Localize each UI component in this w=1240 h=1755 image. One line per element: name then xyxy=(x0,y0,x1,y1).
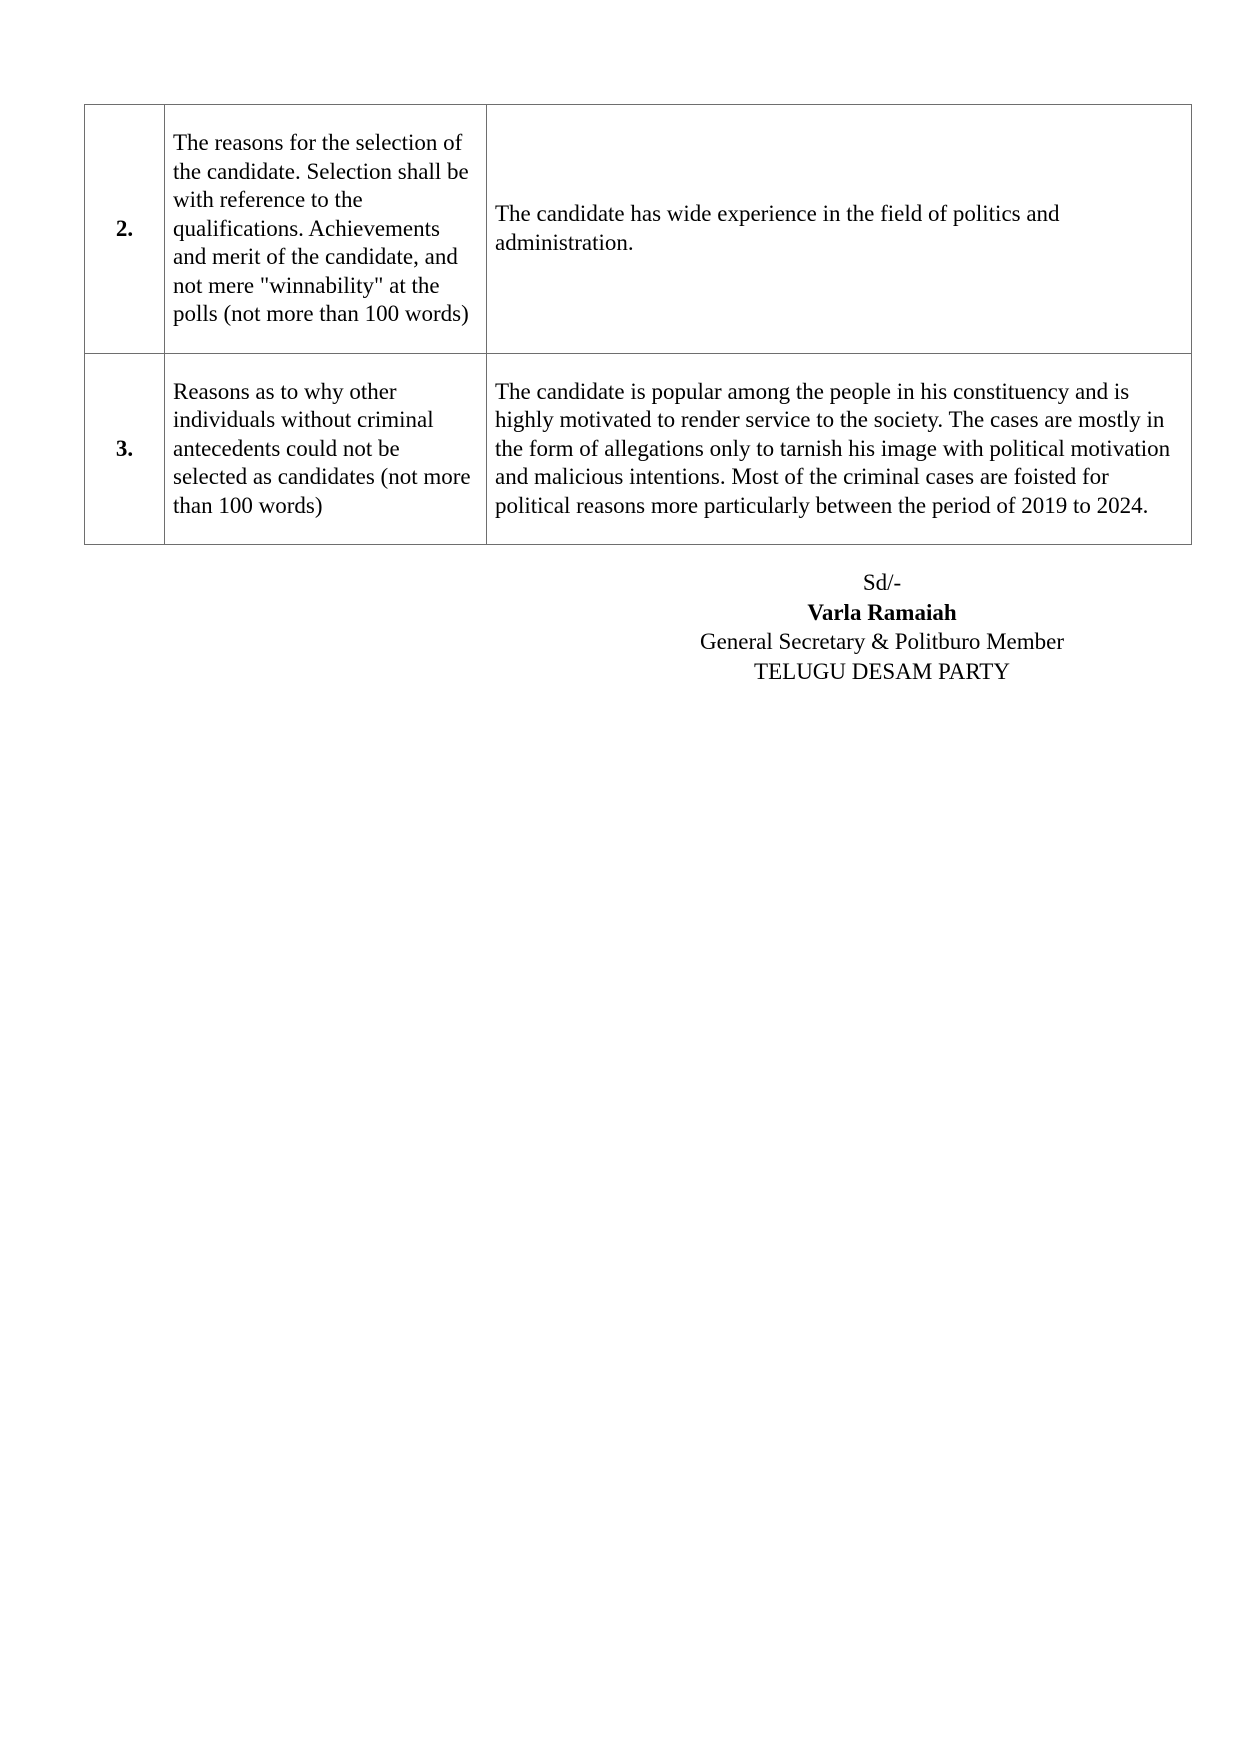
row-question: Reasons as to why other individuals with… xyxy=(165,354,487,545)
row-question: The reasons for the selection of the can… xyxy=(165,105,487,354)
row-number: 3. xyxy=(85,354,165,545)
signatory-organization: TELUGU DESAM PARTY xyxy=(600,657,1164,687)
table-row: 2. The reasons for the selection of the … xyxy=(85,105,1192,354)
signatory-designation: General Secretary & Politburo Member xyxy=(600,627,1164,657)
signature-block: Sd/- Varla Ramaiah General Secretary & P… xyxy=(600,568,1164,686)
row-answer: The candidate has wide experience in the… xyxy=(487,105,1192,354)
row-number: 2. xyxy=(85,105,165,354)
table-row: 3. Reasons as to why other individuals w… xyxy=(85,354,1192,545)
signature-mark: Sd/- xyxy=(600,568,1164,598)
row-answer: The candidate is popular among the peopl… xyxy=(487,354,1192,545)
candidate-selection-table: 2. The reasons for the selection of the … xyxy=(84,104,1192,545)
signatory-name: Varla Ramaiah xyxy=(600,598,1164,628)
